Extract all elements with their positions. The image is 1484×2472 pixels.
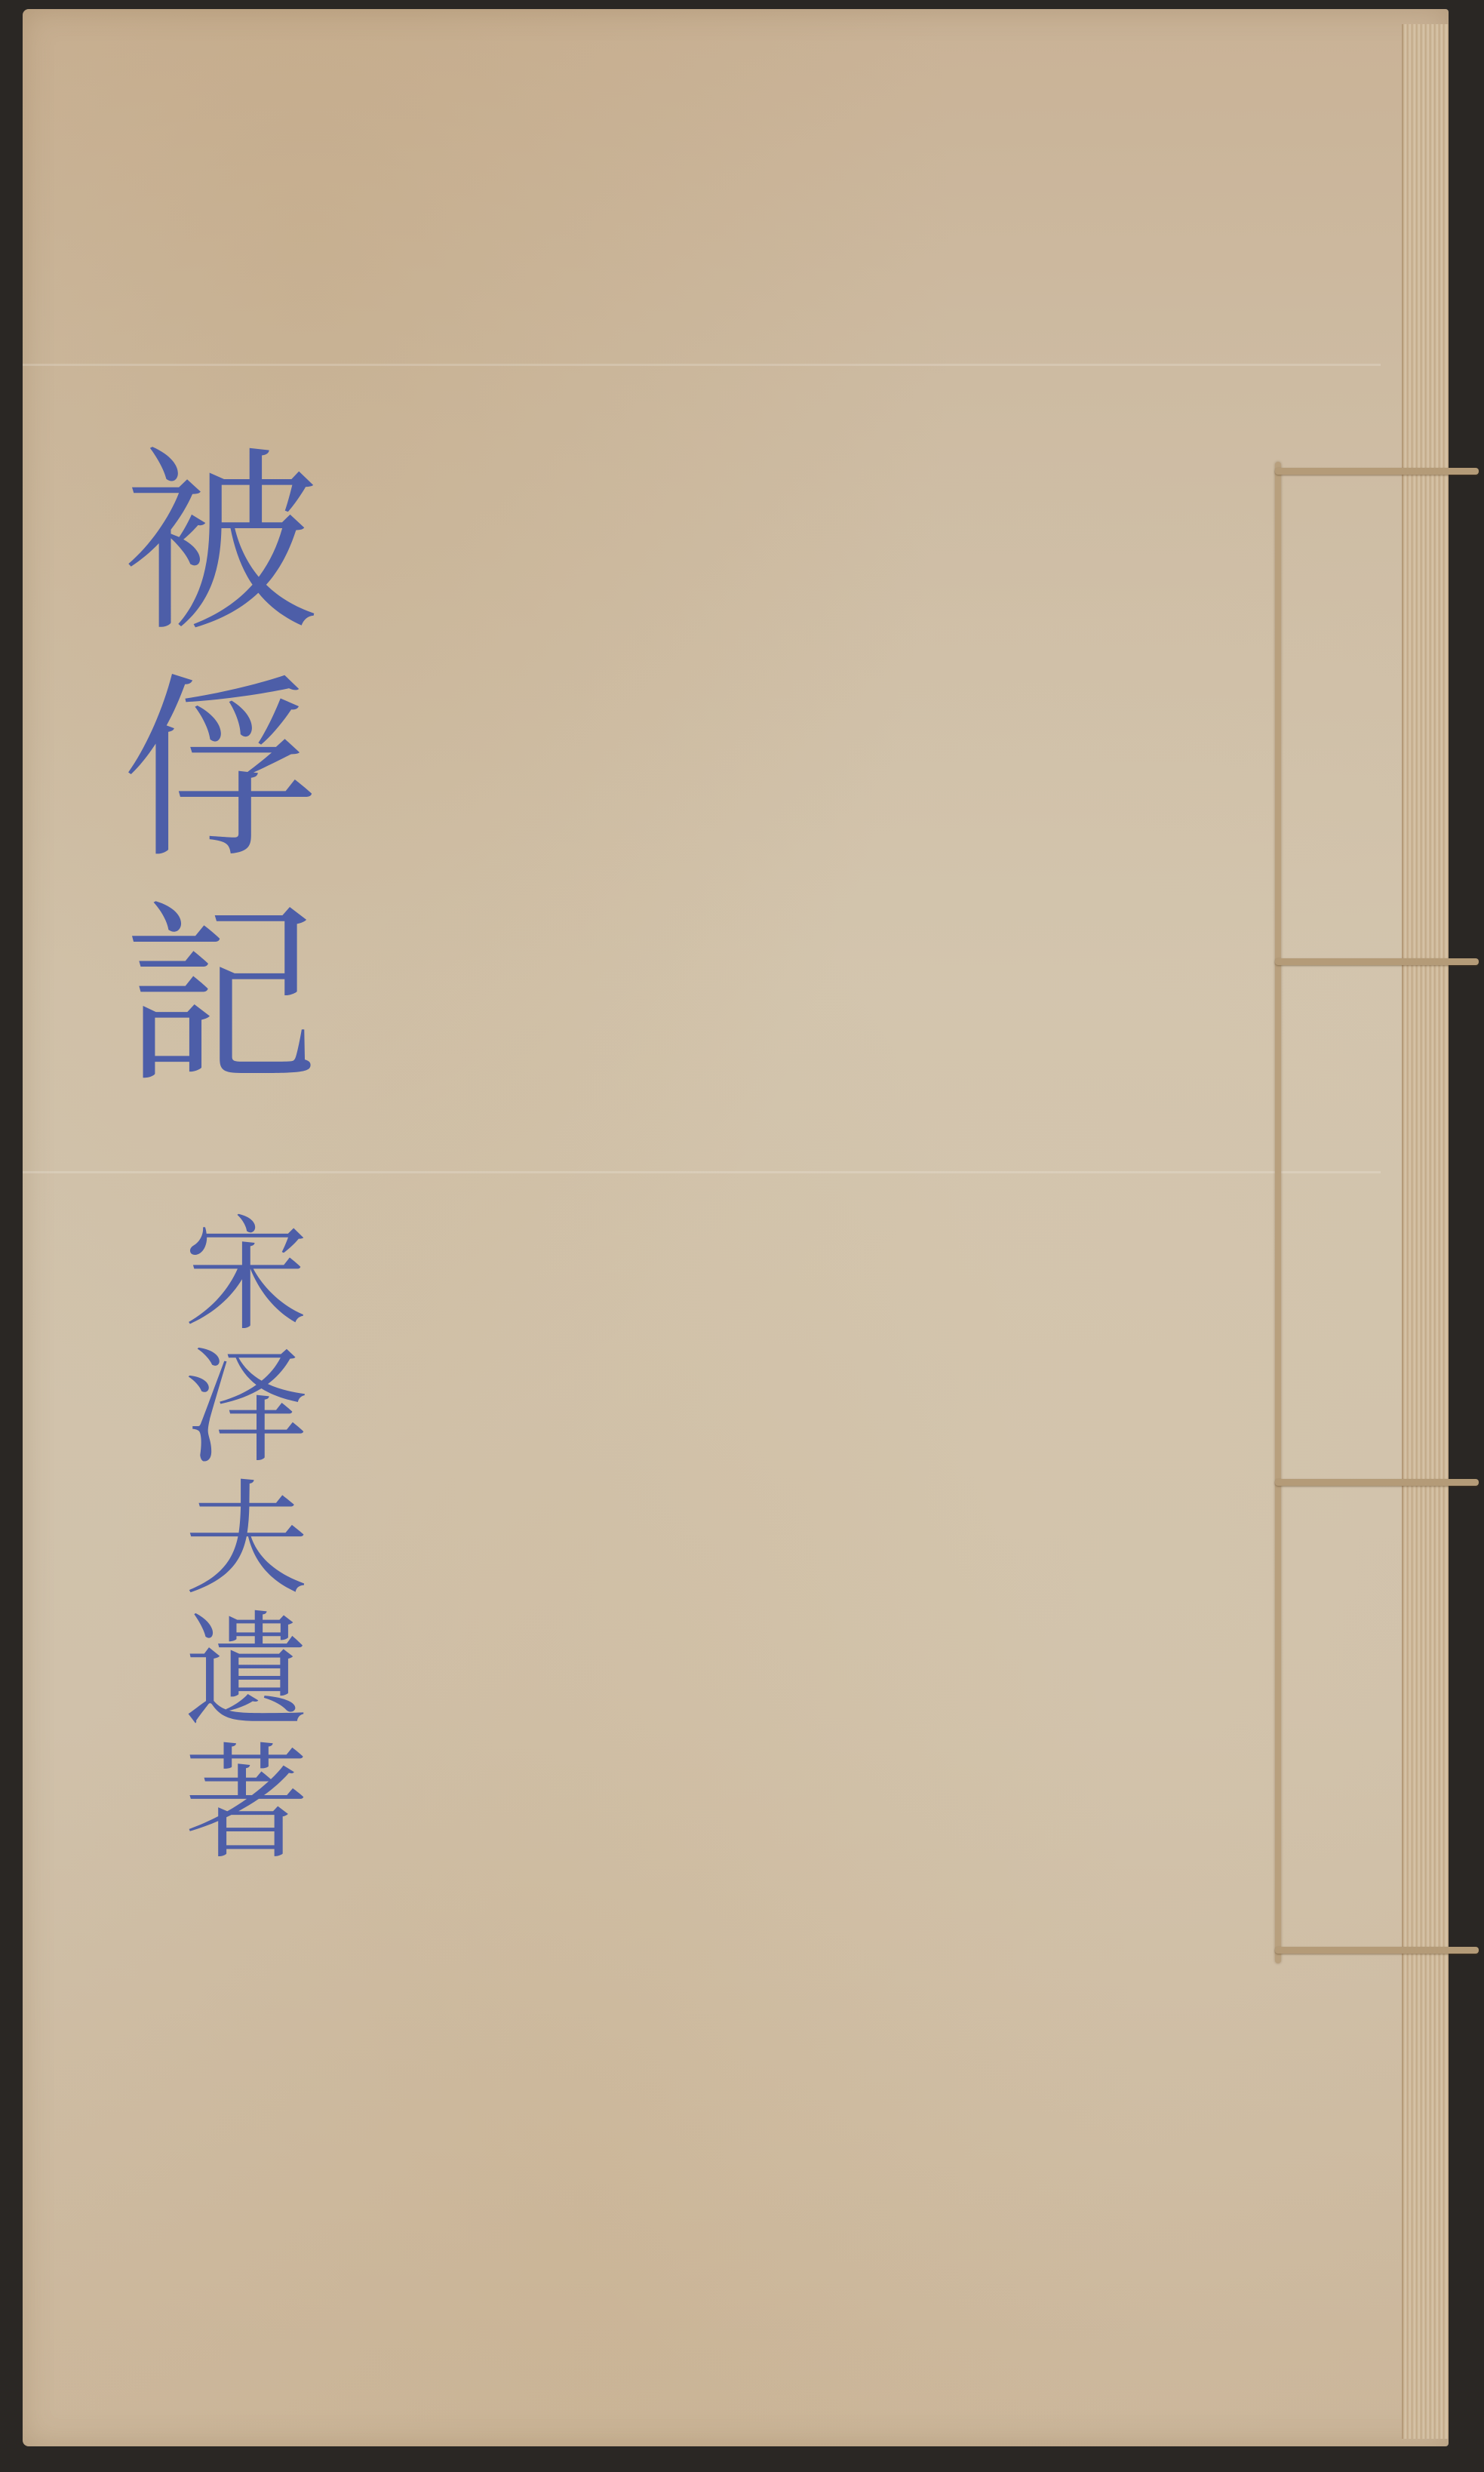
binding-thread [1275, 468, 1479, 475]
paper-fold [23, 364, 1381, 366]
handwritten-title: 被俘記 [106, 439, 302, 1118]
binding-thread [1275, 1479, 1479, 1486]
paper-fold [23, 1171, 1381, 1173]
binding-thread [1275, 958, 1479, 965]
binding-line [1275, 462, 1281, 1963]
binding-thread [1275, 1947, 1479, 1954]
page-edges [1402, 24, 1449, 2439]
book-cover: 被俘記 宋泽夫遺著 [23, 9, 1449, 2446]
handwritten-author: 宋泽夫遺著 [174, 1209, 298, 1869]
